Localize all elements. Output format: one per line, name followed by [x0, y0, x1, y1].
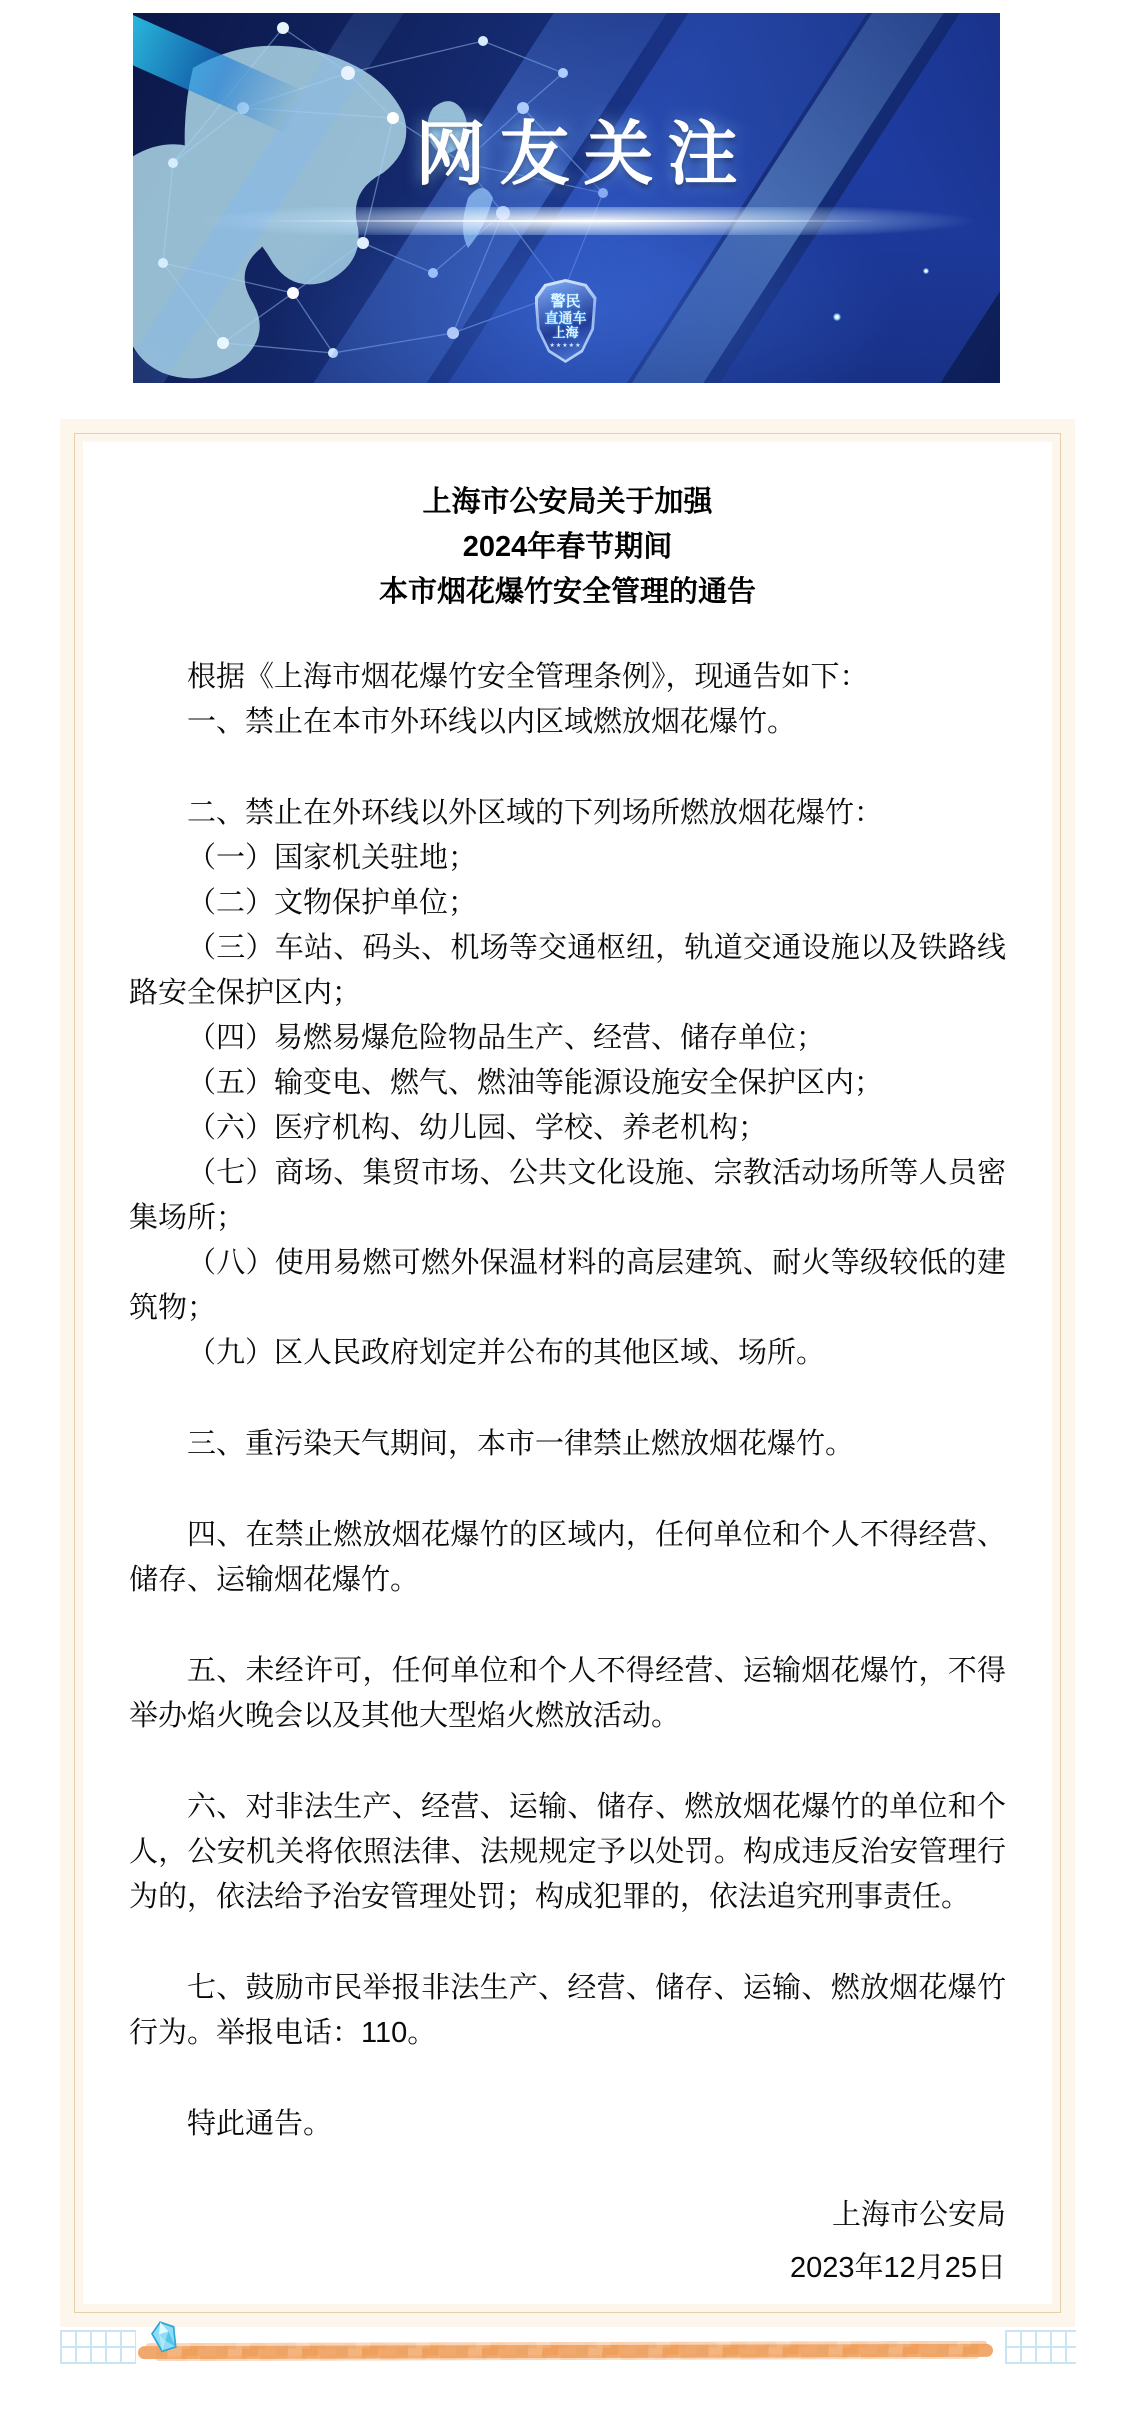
banner-glow-line-core: [254, 220, 878, 222]
notice-paragraph: （四）易燃易爆危险物品生产、经营、储存单位；: [129, 1016, 1006, 1061]
notice-card: 上海市公安局关于加强 2024年春节期间 本市烟花爆竹安全管理的通告 根据《上海…: [60, 419, 1075, 2327]
notice-paragraph: 七、鼓励市民举报非法生产、经营、储存、运输、燃放烟花爆竹行为。举报电话：110。: [129, 1966, 1006, 2056]
gem-icon: [148, 2320, 182, 2354]
notice-card-border: 上海市公安局关于加强 2024年春节期间 本市烟花爆竹安全管理的通告 根据《上海…: [74, 433, 1061, 2313]
banner-image[interactable]: 网友关注 警民 直通车 上海 ★★★★★: [133, 13, 1000, 383]
notice-title-line-3: 本市烟花爆竹安全管理的通告: [129, 570, 1006, 615]
footer-grid-right: [1005, 2330, 1076, 2364]
notice-paragraph: （八）使用易燃可燃外保温材料的高层建筑、耐火等级较低的建筑物；: [129, 1241, 1006, 1331]
notice-title-line-2: 2024年春节期间: [129, 525, 1006, 570]
notice-paragraph: （九）区人民政府划定并公布的其他区域、场所。: [129, 1331, 1006, 1376]
notice-paragraph: 一、禁止在本市外环线以内区域燃放烟花爆竹。: [129, 700, 1006, 745]
footer-grid-left: [60, 2330, 136, 2364]
badge-text-line: 警民: [550, 293, 580, 310]
notice-paragraph: （三）车站、码头、机场等交通枢纽，轨道交通设施以及铁路线路安全保护区内；: [129, 926, 1006, 1016]
sparkle-dot: [923, 268, 929, 274]
notice-paragraph: （六）医疗机构、幼儿园、学校、养老机构；: [129, 1106, 1006, 1151]
article-page: 网友关注 警民 直通车 上海 ★★★★★ 上海市公安局关于加强 2024年春节期…: [0, 0, 1125, 2421]
notice-paragraph: 根据《上海市烟花爆竹安全管理条例》，现通告如下：: [129, 655, 1006, 700]
sparkle-dot: [833, 313, 841, 321]
badge-text-line: 直通车: [545, 310, 587, 326]
notice-paragraph: （一）国家机关驻地；: [129, 836, 1006, 881]
notice-date: 2023年12月25日: [129, 2246, 1006, 2291]
notice-title: 上海市公安局关于加强 2024年春节期间 本市烟花爆竹安全管理的通告: [129, 480, 1006, 615]
notice-body: 根据《上海市烟花爆竹安全管理条例》，现通告如下： 一、禁止在本市外环线以内区域燃…: [129, 655, 1006, 2291]
notice-paragraph: （七）商场、集贸市场、公共文化设施、宗教活动场所等人员密集场所；: [129, 1151, 1006, 1241]
banner-headline: 网友关注: [133, 119, 1000, 189]
notice-paragraph: 六、对非法生产、经营、运输、储存、燃放烟花爆竹的单位和个人，公安机关将依照法律、…: [129, 1785, 1006, 1920]
notice-paragraph: （五）输变电、燃气、燃油等能源设施安全保护区内；: [129, 1061, 1006, 1106]
notice-paragraph: （二）文物保护单位；: [129, 881, 1006, 926]
badge-text-line: 上海: [552, 326, 578, 341]
notice-paragraph: 三、重污染天气期间，本市一律禁止燃放烟花爆竹。: [129, 1422, 1006, 1467]
notice-closing: 特此通告。: [129, 2102, 1006, 2147]
notice-title-line-1: 上海市公安局关于加强: [129, 480, 1006, 525]
notice-paragraph: 四、在禁止燃放烟花爆竹的区域内，任何单位和个人不得经营、储存、运输烟花爆竹。: [129, 1513, 1006, 1603]
notice-signature: 上海市公安局: [129, 2193, 1006, 2238]
notice-paragraph: 五、未经许可，任何单位和个人不得经营、运输烟花爆竹，不得举办焰火晚会以及其他大型…: [129, 1649, 1006, 1739]
badge-stars: ★★★★★: [550, 343, 582, 349]
notice-paragraph: 二、禁止在外环线以外区域的下列场所燃放烟花爆竹：: [129, 791, 1006, 836]
notice-content: 上海市公安局关于加强 2024年春节期间 本市烟花爆竹安全管理的通告 根据《上海…: [83, 442, 1052, 2304]
crayon-divider: [138, 2344, 993, 2359]
